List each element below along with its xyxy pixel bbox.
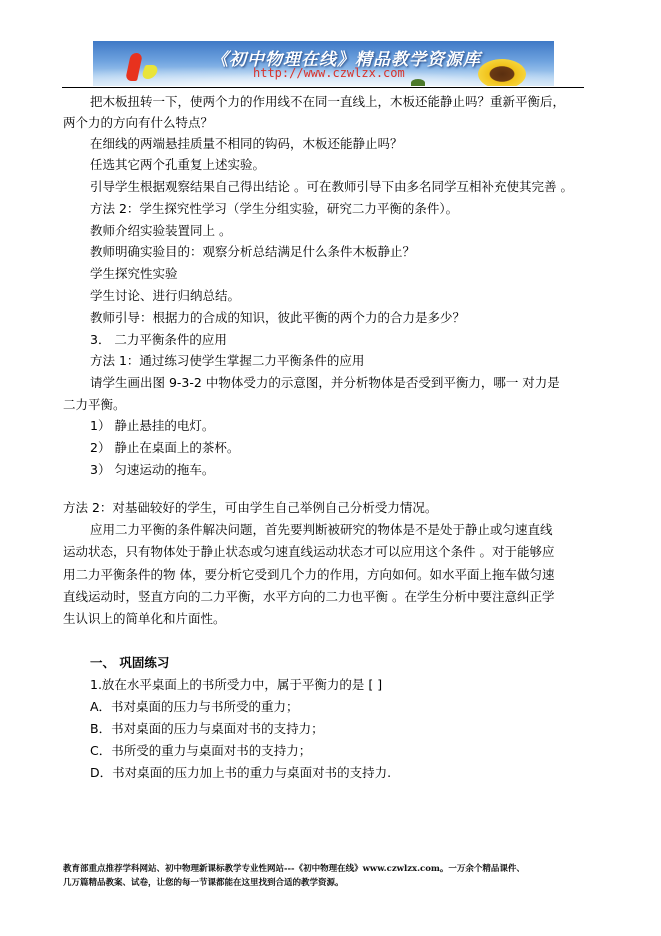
exercise-option-b: B．书对桌面的压力与桌面对书的支持力； [90, 722, 324, 736]
paragraph-line: 请学生画出图 9-3-2 中物体受力的示意图，并分析物体是否受到平衡力，哪一 对… [90, 376, 560, 390]
paragraph-line: 引导学生根据观察结果自己得出结论 。可在教师引导下由多名同学互相补充使其完善 。 [90, 180, 573, 194]
exercise-option-d: D．书对桌面的压力加上书的重力与桌面对书的支持力. [90, 766, 391, 780]
exercise-option-c: C．书所受的重力与桌面对书的支持力； [90, 744, 311, 758]
list-item: 1） 静止悬挂的电灯。 [90, 419, 214, 433]
paragraph-line: 在细线的两端悬挂质量不相同的钩码，木板还能静止吗？ [90, 137, 403, 151]
paragraph-line: 运动状态，只有物体处于静止状态或匀速直线运动状态才可以应用这个条件 。对于能够应 [63, 545, 554, 559]
paragraph-line: 方法 1：通过练习使学生掌握二力平衡条件的应用 [90, 354, 364, 368]
header-banner: 《初中物理在线》精品教学资源库 http://www.czwlzx.com [93, 41, 554, 86]
paragraph-line: 学生探究性实验 [90, 267, 178, 281]
paragraph-line: 用二力平衡条件的物 体，要分析它受到几个力的作用，方向如何。如水平面上拖车做匀速 [63, 568, 554, 582]
plant-icon [411, 79, 425, 86]
paragraph-line: 教师介绍实验装置同上 。 [90, 224, 231, 238]
paragraph-line: 教师明确实验目的：观察分析总结满足什么条件木板静止？ [90, 245, 415, 259]
paragraph-line: 学生讨论、进行归纳总结。 [90, 289, 240, 303]
exercise-option-a: A．书对桌面的压力与书所受的重力； [90, 700, 299, 714]
paragraph-line: 直线运动时，竖直方向的二力平衡，水平方向的二力也平衡 。在学生分析中要注意纠正学 [63, 590, 554, 604]
exercise-question: 1.放在水平桌面上的书所受力中，属于平衡力的是 [ ] [90, 678, 382, 692]
paragraph-line: 二力平衡。 [63, 398, 126, 412]
list-item: 2） 静止在桌面上的茶杯。 [90, 441, 239, 455]
banner-url: http://www.czwlzx.com [253, 66, 405, 80]
paragraph-line: 把木板扭转一下，使两个力的作用线不在同一直线上，木板还能静止吗？重新平衡后， [90, 95, 565, 109]
sunflower-icon [478, 59, 526, 86]
section-heading: 3． 二力平衡条件的应用 [90, 333, 227, 347]
paragraph-line: 任选其它两个孔重复上述实验。 [90, 158, 265, 172]
footer-line-1: 教育部重点推荐学科网站、初中物理新课标教学专业性网站---《初中物理在线》www… [63, 864, 525, 875]
paragraph-line: 两个力的方向有什么特点？ [63, 116, 213, 130]
paragraph-line: 方法 2：学生探究性学习（学生分组实验，研究二力平衡的条件）。 [90, 202, 458, 216]
paragraph-line: 方法 2：对基础较好的学生，可由学生自己举例自己分析受力情况。 [63, 501, 437, 515]
paragraph-line: 教师引导：根据力的合成的知识，彼此平衡的两个力的合力是多少？ [90, 311, 465, 325]
list-item: 3） 匀速运动的拖车。 [90, 463, 214, 477]
header-rule [62, 87, 584, 88]
paragraph-line: 应用二力平衡的条件解决问题，首先要判断被研究的物体是不是处于静止或匀速直线 [90, 523, 553, 537]
exercise-heading: 一、 巩固练习 [90, 656, 169, 670]
paragraph-line: 生认识上的简单化和片面性。 [63, 612, 226, 626]
footer-line-2: 几万篇精品教案、试卷，让您的每一节课都能在这里找到合适的教学资源。 [63, 878, 344, 889]
